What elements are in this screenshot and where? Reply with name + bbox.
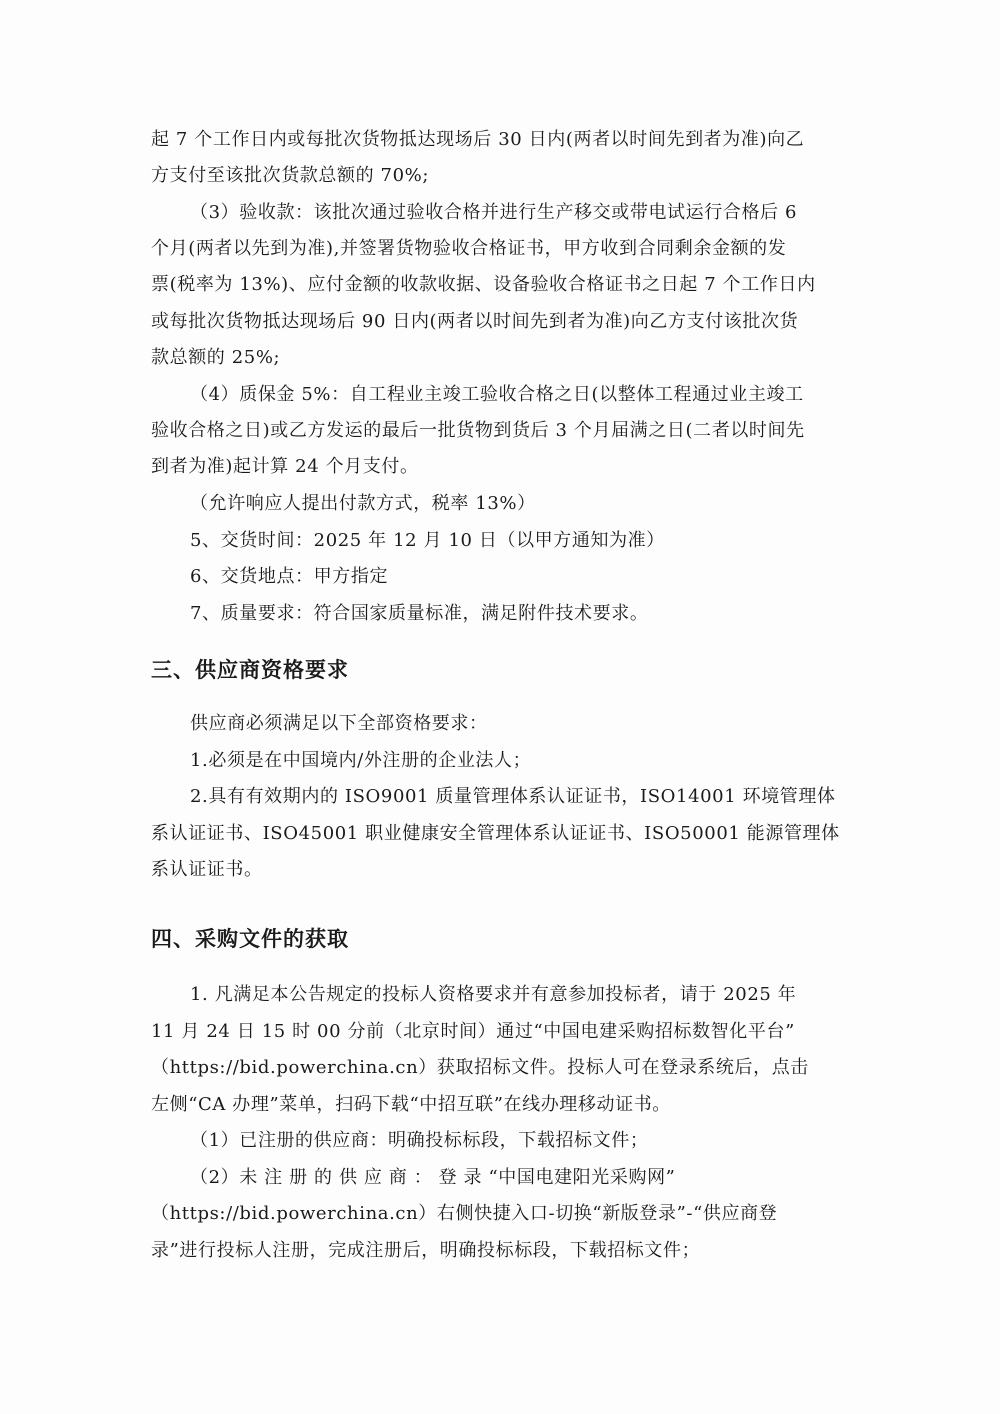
- paragraph-line: （4）质保金 5%：自工程业主竣工验收合格之日(以整体工程通过业主竣工: [190, 383, 890, 407]
- paragraph-line: 或每批次货物抵达现场后 90 日内(两者以时间先到者为准)向乙方支付该批次货: [151, 310, 851, 334]
- paragraph-line: 5、交货时间：2025 年 12 月 10 日（以甲方通知为准）: [190, 529, 890, 553]
- paragraph-line: 验收合格之日)或乙方发运的最后一批货物到货后 3 个月届满之日(二者以时间先: [151, 419, 851, 443]
- paragraph-line: 起 7 个工作日内或每批次货物抵达现场后 30 日内(两者以时间先到者为准)向乙: [151, 128, 851, 152]
- paragraph-line: 票(税率为 13%)、应付金额的收款收据、设备验收合格证书之日起 7 个工作日内: [151, 273, 851, 297]
- paragraph-line: 7、质量要求：符合国家质量标准，满足附件技术要求。: [190, 602, 890, 626]
- paragraph-line: 1. 凡满足本公告规定的投标人资格要求并有意参加投标者，请于 2025 年: [190, 983, 890, 1007]
- section-heading-procurement-docs: 四、采购文件的获取: [151, 925, 349, 953]
- document-page: 起 7 个工作日内或每批次货物抵达现场后 30 日内(两者以时间先到者为准)向乙…: [0, 0, 1000, 1414]
- paragraph-line: 个月(两者以先到为准),并签署货物验收合格证书，甲方收到合同剩余金额的发: [151, 237, 851, 261]
- paragraph-line: （3）验收款：该批次通过验收合格并进行生产移交或带电试运行合格后 6: [190, 201, 890, 225]
- paragraph-line: （https://bid.powerchina.cn）右侧快捷入口-切换“新版登…: [151, 1202, 851, 1226]
- paragraph-line: 系认证证书。: [151, 858, 851, 882]
- paragraph-line: 2.具有有效期内的 ISO9001 质量管理体系认证证书，ISO14001 环境…: [190, 785, 890, 809]
- paragraph-line: （2）未 注 册 的 供 应 商 ： 登 录 “中国电建阳光采购网”: [190, 1166, 890, 1190]
- paragraph-line: 款总额的 25%;: [151, 346, 851, 370]
- paragraph-line: 录”进行投标人注册，完成注册后，明确投标标段，下载招标文件；: [151, 1239, 851, 1263]
- section-heading-qualifications: 三、供应商资格要求: [151, 656, 349, 684]
- paragraph-line: （允许响应人提出付款方式，税率 13%）: [190, 492, 890, 516]
- paragraph-line: 1.必须是在中国境内/外注册的企业法人；: [190, 749, 890, 773]
- paragraph-line: 方支付至该批次货款总额的 70%;: [151, 164, 851, 188]
- paragraph-line: （1）已注册的供应商：明确投标标段，下载招标文件；: [190, 1129, 890, 1153]
- paragraph-line: 11 月 24 日 15 时 00 分前（北京时间）通过“中国电建采购招标数智化…: [151, 1020, 851, 1044]
- paragraph-line: 系认证证书、ISO45001 职业健康安全管理体系认证证书、ISO50001 能…: [151, 822, 851, 846]
- paragraph-line: 供应商必须满足以下全部资格要求：: [190, 712, 890, 736]
- paragraph-line: 6、交货地点：甲方指定: [190, 565, 890, 589]
- paragraph-line: （https://bid.powerchina.cn）获取招标文件。投标人可在登…: [151, 1056, 851, 1080]
- paragraph-line: 到者为准)起计算 24 个月支付。: [151, 455, 851, 479]
- paragraph-line: 左侧“CA 办理”菜单，扫码下载“中招互联”在线办理移动证书。: [151, 1093, 851, 1117]
